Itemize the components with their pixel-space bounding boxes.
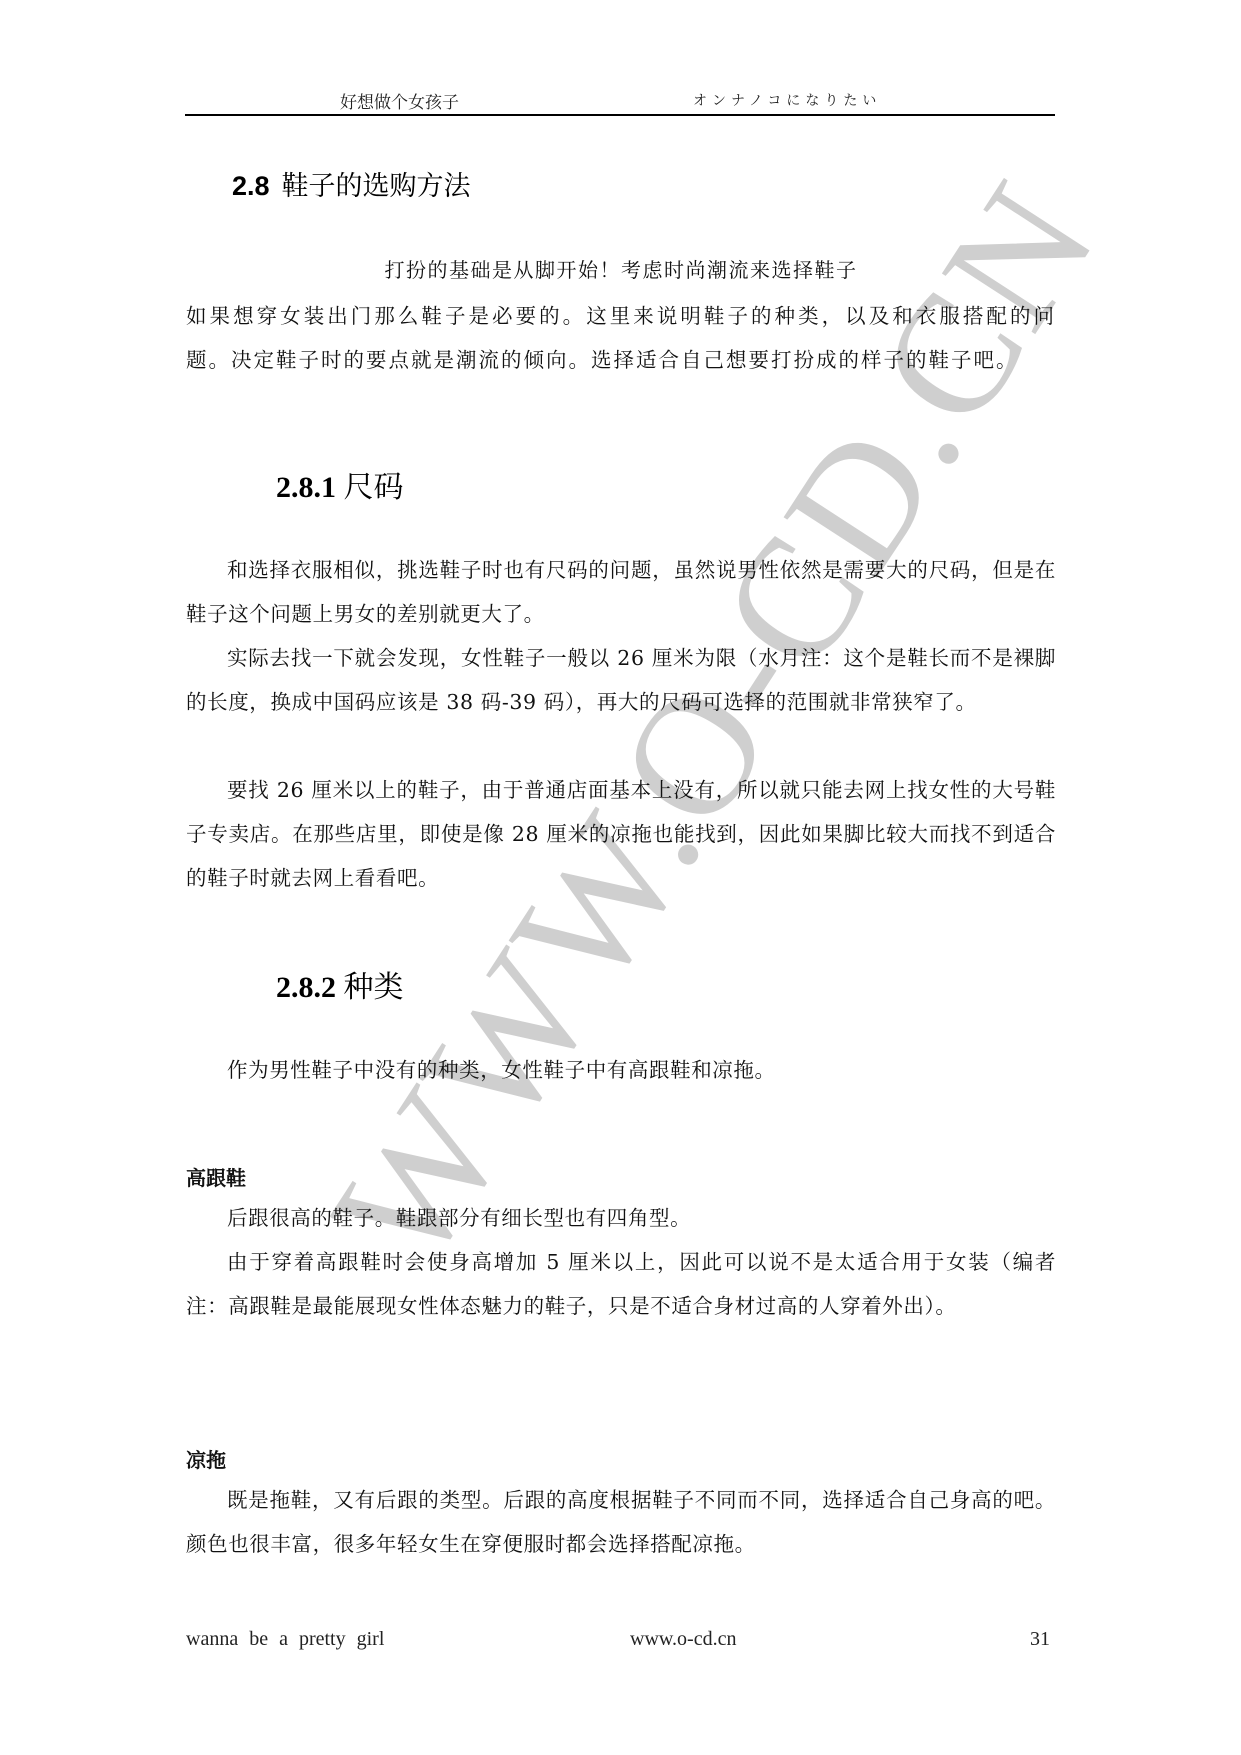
subsection-title: 种类 bbox=[344, 971, 404, 1004]
size-paragraph-3: 要找 26 厘米以上的鞋子，由于普通店面基本上没有，所以就只能去网上找女性的大号… bbox=[186, 768, 1056, 900]
high-heels-paragraph-1: 后跟很高的鞋子。鞋跟部分有细长型也有四角型。 bbox=[186, 1196, 1056, 1240]
sandals-paragraph: 既是拖鞋，又有后跟的类型。后跟的高度根据鞋子不同而不同，选择适合自己身高的吧。颜… bbox=[186, 1478, 1056, 1566]
intro-paragraph: 如果想穿女装出门那么鞋子是必要的。这里来说明鞋子的种类，以及和衣服搭配的问题。决… bbox=[186, 294, 1056, 382]
section-title: 鞋子的选购方法 bbox=[282, 171, 471, 201]
subsection-number: 2.8.2 bbox=[276, 971, 336, 1004]
subsection-heading-types: 2.8.2 种类 bbox=[276, 962, 404, 1006]
sandals-heading: 凉拖 bbox=[186, 1444, 226, 1473]
footer-tagline: wanna be a pretty girl bbox=[186, 1628, 384, 1651]
document-page: WWW.O-CD.CN 好想做个女孩子 オンナノコになりたい 2.8鞋子的选购方… bbox=[0, 0, 1241, 1755]
size-paragraph-2: 实际去找一下就会发现，女性鞋子一般以 26 厘米为限（水月注：这个是鞋长而不是裸… bbox=[186, 636, 1056, 724]
header-title-chinese: 好想做个女孩子 bbox=[340, 88, 459, 113]
header-title-japanese: オンナノコになりたい bbox=[693, 90, 881, 110]
section-number: 2.8 bbox=[232, 171, 270, 201]
footer-website: www.o-cd.cn bbox=[630, 1628, 736, 1651]
types-paragraph: 作为男性鞋子中没有的种类，女性鞋子中有高跟鞋和凉拖。 bbox=[186, 1048, 1056, 1092]
header-rule bbox=[185, 114, 1055, 116]
page-number: 31 bbox=[1030, 1628, 1050, 1651]
size-paragraph-1: 和选择衣服相似，挑选鞋子时也有尺码的问题，虽然说男性依然是需要大的尺码，但是在鞋… bbox=[186, 548, 1056, 636]
high-heels-paragraph-2: 由于穿着高跟鞋时会使身高增加 5 厘米以上，因此可以说不是太适合用于女装（编者注… bbox=[186, 1240, 1056, 1328]
section-heading: 2.8鞋子的选购方法 bbox=[232, 164, 471, 203]
high-heels-heading: 高跟鞋 bbox=[186, 1162, 246, 1191]
subsection-title: 尺码 bbox=[344, 471, 404, 504]
subsection-heading-size: 2.8.1 尺码 bbox=[276, 462, 404, 506]
intro-subtitle: 打扮的基础是从脚开始！考虑时尚潮流来选择鞋子 bbox=[186, 254, 1056, 283]
subsection-number: 2.8.1 bbox=[276, 471, 336, 504]
